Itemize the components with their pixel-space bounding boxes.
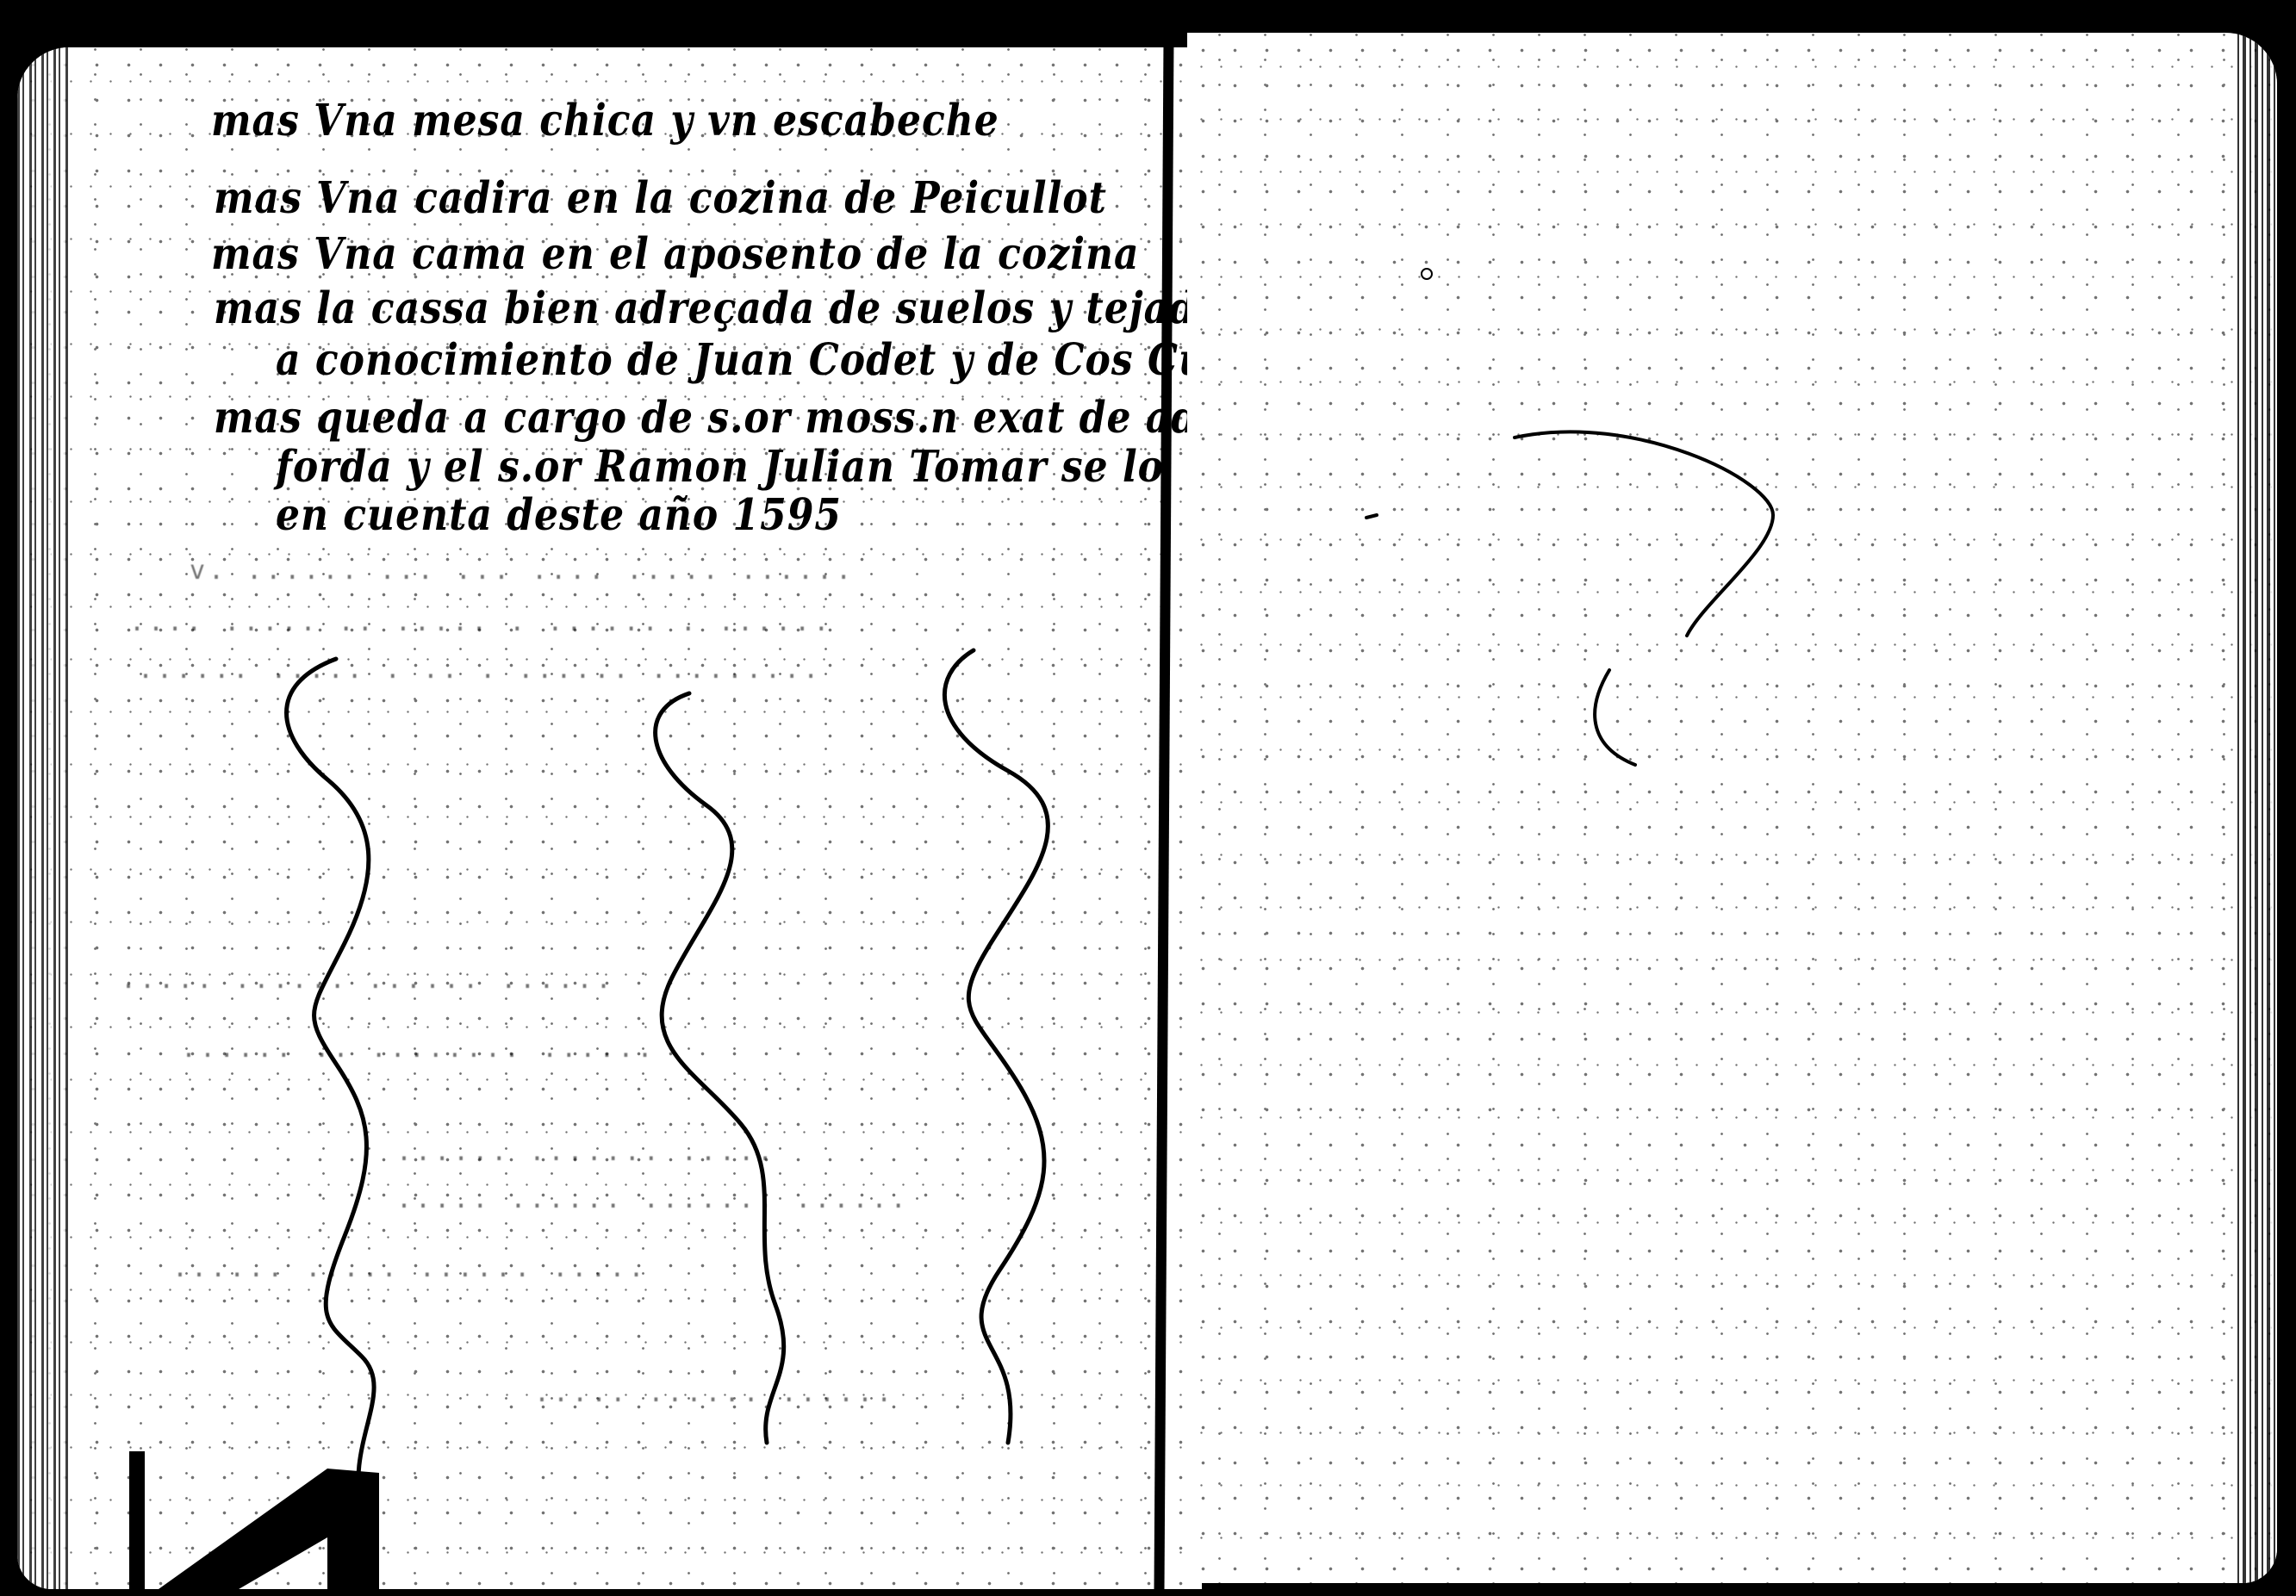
left-page: mas Vna mesa chica y vn escabeche mas Vn… [17,47,1202,1589]
right-page [1187,33,2277,1583]
cancellation-strokes [17,47,1202,1589]
faint-pen-strokes [1187,33,2277,1583]
dark-corner-shape [129,1451,388,1589]
